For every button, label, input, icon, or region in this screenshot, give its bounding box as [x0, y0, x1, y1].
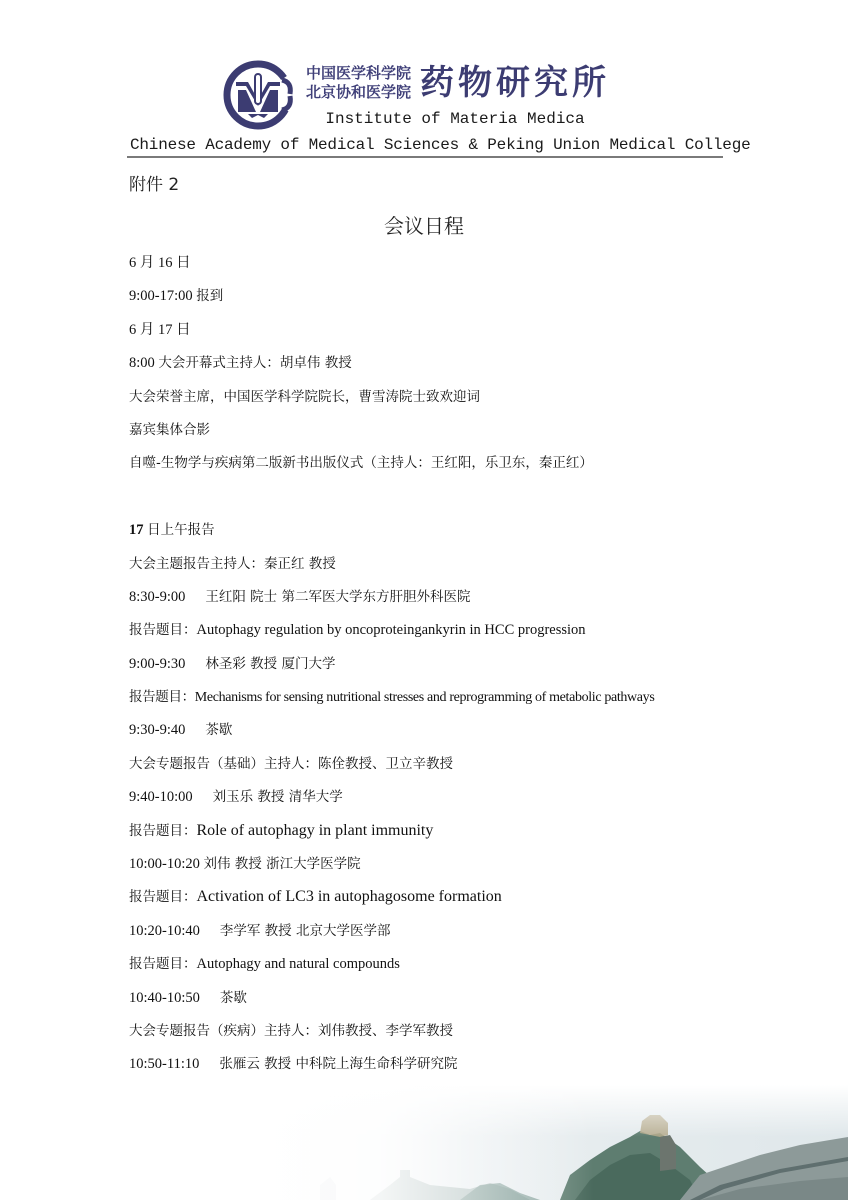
talk-speaker: 刘伟 教授 浙江大学医学院 [204, 856, 361, 872]
talk-time: 10:50-11:10 [129, 1056, 199, 1072]
talk-time: 9:00-9:30 [129, 656, 185, 672]
agenda-topic: 报告题目：Mechanisms for sensing nutritional … [129, 686, 809, 719]
section-day: 17 [129, 522, 144, 538]
agenda-talk: 9:00-9:30林圣彩 教授 厦门大学 [129, 653, 809, 686]
agenda-note: 嘉宾集体合影 [129, 419, 809, 452]
agenda-talk: 10:40-10:50茶歇 [129, 987, 809, 1020]
landscape-illustration [0, 1085, 848, 1200]
agenda-item: 9:00-17:00 报到 [129, 285, 809, 318]
agenda-time: 9:00-17:00 [129, 288, 193, 304]
talk-speaker: 张雁云 教授 中科院上海生命科学研究院 [219, 1056, 457, 1072]
note-text: 大会荣誉主席，中国医学科学院院长，曹雪涛院士致欢迎词 [129, 389, 480, 405]
topic-label: 报告题目： [129, 889, 197, 905]
topic-title: Role of autophagy in plant immunity [197, 822, 434, 839]
agenda-spacer [129, 486, 809, 519]
topic-label: 报告题目： [129, 956, 197, 972]
talk-speaker: 刘玉乐 教授 清华大学 [213, 789, 343, 805]
topic-title: Autophagy regulation by oncoproteinganky… [197, 622, 586, 638]
cn-org-names: 中国医学科学院 北京协和医学院 [306, 64, 411, 102]
page-title: 会议日程 [0, 210, 848, 239]
talk-time: 10:20-10:40 [129, 923, 200, 939]
section-text: 日上午报告 [147, 522, 215, 538]
talk-speaker: 王红阳 院士 第二军医大学东方肝胆外科医院 [205, 589, 470, 605]
agenda-talk: 10:20-10:40李学军 教授 北京大学医学部 [129, 920, 809, 953]
agenda-topic: 报告题目：Activation of LC3 in autophagosome … [129, 886, 809, 919]
cn-org-line2: 北京协和医学院 [306, 83, 411, 102]
agenda-note: 自噬-生物学与疾病第二版新书出版仪式（主持人：王红阳，乐卫东，秦正红） [129, 452, 809, 485]
topic-title: Activation of LC3 in autophagosome forma… [197, 888, 502, 905]
agenda-text: 大会开幕式主持人：胡卓伟 教授 [158, 355, 351, 371]
agenda-topic: 报告题目：Autophagy regulation by oncoprotein… [129, 619, 809, 652]
agenda-talk: 8:30-9:00王红阳 院士 第二军医大学东方肝胆外科医院 [129, 586, 809, 619]
en-academy-name: Chinese Academy of Medical Sciences & Pe… [130, 136, 722, 154]
agenda-talk: 9:30-9:40茶歇 [129, 719, 809, 752]
note-text: 嘉宾集体合影 [129, 422, 210, 438]
agenda-date: 6 月 17 日 [129, 319, 809, 352]
talk-speaker: 茶歇 [220, 990, 247, 1006]
agenda-talk: 10:00-10:20 刘伟 教授 浙江大学医学院 [129, 853, 809, 886]
topic-title: Mechanisms for sensing nutritional stres… [195, 690, 655, 705]
agenda-note: 大会专题报告（基础）主持人：陈佺教授、卫立辛教授 [129, 753, 809, 786]
agenda-talk: 10:50-11:10张雁云 教授 中科院上海生命科学研究院 [129, 1053, 809, 1086]
topic-label: 报告题目： [129, 689, 195, 705]
topic-label: 报告题目： [129, 823, 197, 839]
agenda-topic: 报告题目：Role of autophagy in plant immunity [129, 820, 809, 853]
cn-institute-name: 药物研究所 [420, 62, 610, 104]
agenda-note: 大会专题报告（疾病）主持人：刘伟教授、李学军教授 [129, 1020, 809, 1053]
agenda-note: 大会荣誉主席，中国医学科学院院长，曹雪涛院士致欢迎词 [129, 386, 809, 419]
topic-title: Autophagy and natural compounds [197, 956, 400, 972]
agenda-topic: 报告题目：Autophagy and natural compounds [129, 953, 809, 986]
attachment-label: 附件 2 [129, 170, 179, 195]
talk-speaker: 李学军 教授 北京大学医学部 [220, 923, 391, 939]
agenda-list: 6 月 16 日9:00-17:00 报到6 月 17 日8:00 大会开幕式主… [129, 252, 809, 1087]
cn-org-line1: 中国医学科学院 [306, 64, 411, 83]
date-text: 6 月 17 日 [129, 322, 191, 338]
agenda-time: 8:00 [129, 355, 155, 371]
agenda-talk: 9:40-10:00刘玉乐 教授 清华大学 [129, 786, 809, 819]
topic-label: 报告题目： [129, 622, 197, 638]
talk-time: 8:30-9:00 [129, 589, 185, 605]
talk-time: 9:30-9:40 [129, 722, 185, 738]
en-institute-name: Institute of Materia Medica [0, 110, 848, 128]
note-text: 大会专题报告（基础）主持人：陈佺教授、卫立辛教授 [129, 756, 453, 772]
agenda-item: 8:00 大会开幕式主持人：胡卓伟 教授 [129, 352, 809, 385]
talk-time: 10:00-10:20 [129, 856, 200, 872]
note-text: 自噬-生物学与疾病第二版新书出版仪式（主持人：王红阳，乐卫东，秦正红） [129, 455, 593, 471]
note-text: 大会主题报告主持人：秦正红 教授 [129, 556, 336, 572]
date-text: 6 月 16 日 [129, 255, 191, 271]
talk-time: 10:40-10:50 [129, 990, 200, 1006]
talk-time: 9:40-10:00 [129, 789, 193, 805]
agenda-date: 6 月 16 日 [129, 252, 809, 285]
header-rule [127, 156, 723, 158]
talk-speaker: 林圣彩 教授 厦门大学 [205, 656, 335, 672]
agenda-text: 报到 [196, 288, 223, 304]
agenda-note: 大会主题报告主持人：秦正红 教授 [129, 553, 809, 586]
note-text: 大会专题报告（疾病）主持人：刘伟教授、李学军教授 [129, 1023, 453, 1039]
agenda-section-heading: 17 日上午报告 [129, 519, 809, 552]
talk-speaker: 茶歇 [205, 722, 232, 738]
letterhead: 中国医学科学院 北京协和医学院 药物研究所 Institute of Mater… [0, 0, 848, 165]
great-wall-landscape-image [0, 1085, 848, 1200]
